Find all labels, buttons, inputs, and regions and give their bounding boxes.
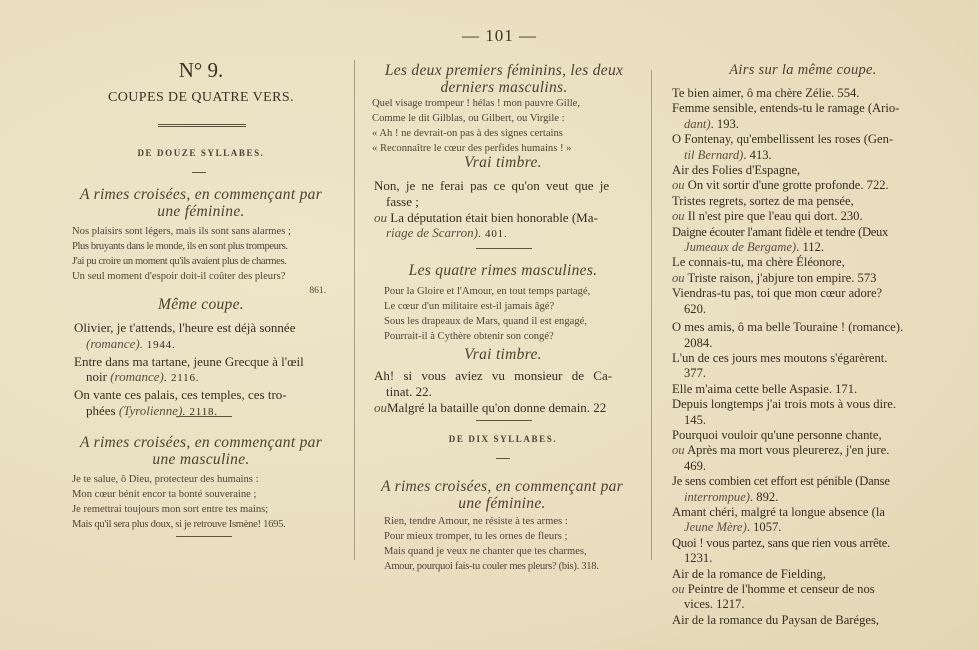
section-number: N° 9. bbox=[72, 58, 330, 83]
air-entry: Daigne écouter l'amant fidèle et tendre … bbox=[672, 225, 940, 256]
air-entry: Air des Folies d'Espagne, bbox=[672, 163, 940, 178]
air-entry: Elle m'aima cette belle Aspasie. 171. bbox=[672, 382, 940, 397]
air-entry: Air de la romance de Fielding, bbox=[672, 567, 940, 582]
heading-airs-meme-coupe: Airs sur la même coupe. bbox=[672, 62, 934, 79]
heading-rimes-croisees-feminine: A rimes croisées, en commençant par une … bbox=[66, 186, 336, 220]
air-entry: Entre dans ma tartane, jeune Grecque à l… bbox=[74, 354, 340, 388]
air-entry: O Fontenay, qu'embellissent les roses (G… bbox=[672, 132, 940, 163]
divider bbox=[176, 416, 232, 417]
air-entry: ou Il n'est pire que l'eau qui dort. 230… bbox=[672, 209, 940, 224]
verse-block: Nos plaisirs sont légers, mais ils sont … bbox=[72, 224, 338, 299]
subsection-heading: DE DOUZE SYLLABES. bbox=[72, 148, 330, 158]
air-entry: Pourquoi vouloir qu'une personne chante, bbox=[672, 428, 940, 443]
air-entry: Amant chéri, malgré ta longue absence (l… bbox=[672, 505, 940, 536]
air-entry: ou Triste raison, j'abjure ton empire. 5… bbox=[672, 271, 940, 286]
air-entry: Le connais-tu, ma chère Éléonore, bbox=[672, 255, 940, 270]
verse-block: Rien, tendre Amour, ne résiste à tes arm… bbox=[384, 514, 646, 574]
heading-meme-coupe: Même coupe. bbox=[72, 296, 330, 313]
heading-vrai-timbre: Vrai timbre. bbox=[372, 346, 634, 363]
air-entry: Depuis longtemps j'ai trois mots à vous … bbox=[672, 397, 940, 428]
air-entry: Te bien aimer, ô ma chère Zélie. 554. bbox=[672, 86, 940, 101]
air-entry: ou Après ma mort vous pleurerez, j'en ju… bbox=[672, 443, 940, 474]
heading-rimes-croisees-masculine: A rimes croisées, en commençant par une … bbox=[66, 434, 336, 468]
air-list: Ah! si vous aviez vu monsieur de Ca- tin… bbox=[374, 368, 640, 415]
divider bbox=[496, 458, 510, 459]
air-entry: Viendras-tu pas, toi que mon cœur adore?… bbox=[672, 286, 940, 317]
column-rule-right bbox=[651, 70, 652, 560]
air-entry: ou Peintre de l'homme et censeur de nosv… bbox=[672, 582, 940, 613]
heading-deux-premiers-feminins: Les deux premiers féminins, les deux der… bbox=[368, 62, 640, 96]
air-entry: L'un de ces jours mes moutons s'égarèren… bbox=[672, 351, 940, 382]
air-entry: Femme sensible, entends-tu le ramage (Ar… bbox=[672, 101, 940, 132]
air-entry: ou On vit sortir d'une grotte profonde. … bbox=[672, 178, 940, 193]
verse-block: Je te salue, ô Dieu, protecteur des huma… bbox=[72, 472, 338, 532]
heading-rimes-croisees-feminine: A rimes croisées, en commençant par une … bbox=[366, 478, 638, 512]
section-title: COUPES DE QUATRE VERS. bbox=[72, 90, 330, 106]
air-entry: Air de la romance du Paysan de Baréges, bbox=[672, 613, 940, 628]
heading-quatre-rimes-masculines: Les quatre rimes masculines. bbox=[372, 262, 634, 279]
air-list: Non, je ne ferai pas ce qu'on veut que j… bbox=[374, 178, 640, 243]
air-entry: Quoi ! vous partez, sans que rien vous a… bbox=[672, 536, 940, 567]
column-rule-left bbox=[354, 60, 355, 560]
air-entry: Olivier, je t'attends, l'heure est déjà … bbox=[74, 320, 340, 354]
divider bbox=[158, 124, 246, 127]
verse-block: Quel visage trompeur ! hélas ! mon pauvr… bbox=[372, 96, 640, 156]
divider bbox=[476, 248, 532, 249]
air-list: Olivier, je t'attends, l'heure est déjà … bbox=[74, 320, 340, 421]
heading-vrai-timbre: Vrai timbre. bbox=[372, 154, 634, 171]
air-entry: Tristes regrets, sortez de ma pensée, bbox=[672, 194, 940, 209]
air-entry: O mes amis, ô ma belle Touraine ! (roman… bbox=[672, 320, 940, 351]
divider bbox=[476, 420, 532, 421]
divider bbox=[192, 172, 206, 173]
page-number: — 101 — bbox=[462, 26, 537, 46]
air-list: Te bien aimer, ô ma chère Zélie. 554. Fe… bbox=[672, 86, 940, 628]
subsection-heading: DE DIX SYLLABES. bbox=[372, 434, 634, 444]
divider bbox=[176, 536, 232, 537]
verse-block: Pour la Gloire et l'Amour, en tout temps… bbox=[384, 284, 644, 344]
air-entry: Je sens combien cet effort est pénible (… bbox=[672, 474, 940, 505]
